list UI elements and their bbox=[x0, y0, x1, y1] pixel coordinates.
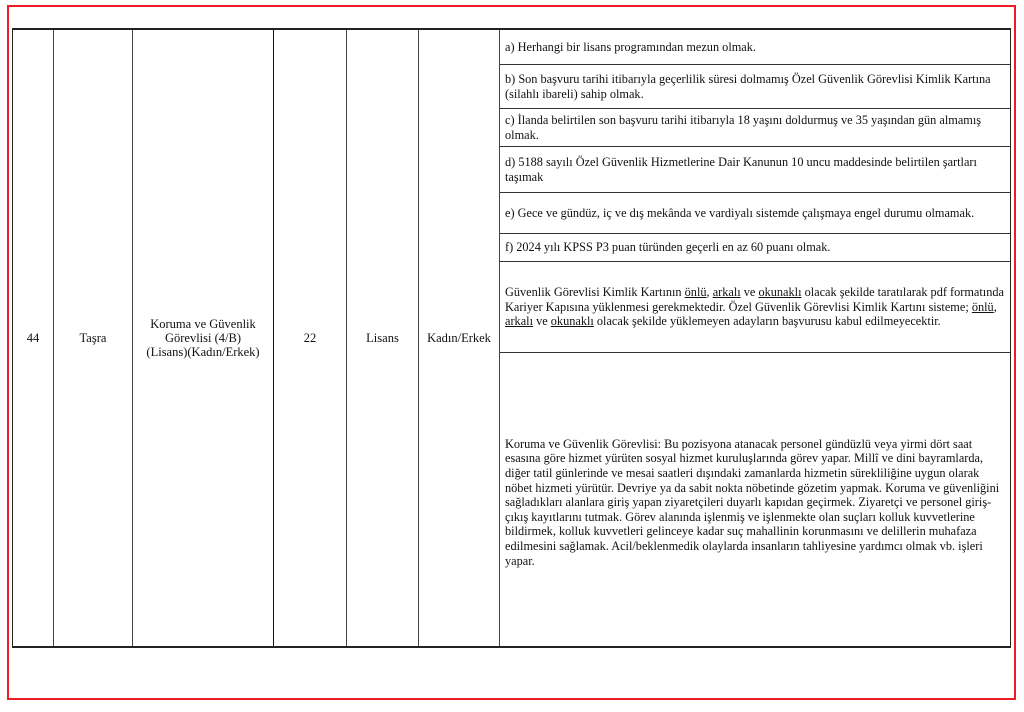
cell-quota: 22 bbox=[274, 30, 347, 646]
requirement-text: f) 2024 yılı KPSS P3 puan türünden geçer… bbox=[505, 240, 830, 255]
location: Taşra bbox=[80, 331, 107, 345]
requirement-text: b) Son başvuru tarihi itibarıyla geçerli… bbox=[505, 72, 1004, 101]
requirement-d: d) 5188 sayılı Özel Güvenlik Hizmetlerin… bbox=[500, 147, 1010, 193]
requirement-c: c) İlanda belirtilen son başvuru tarihi … bbox=[500, 109, 1010, 147]
requirement-text: e) Gece ve gündüz, iç ve dış mekânda ve … bbox=[505, 206, 974, 221]
job-posting-table: 44 Taşra Koruma ve Güvenlik Görevlisi (4… bbox=[12, 28, 1011, 648]
requirement-e: e) Gece ve gündüz, iç ve dış mekânda ve … bbox=[500, 193, 1010, 234]
requirement-f: f) 2024 yılı KPSS P3 puan türünden geçer… bbox=[500, 234, 1010, 262]
job-description-text: Koruma ve Güvenlik Görevlisi: Bu pozisyo… bbox=[505, 437, 1004, 568]
requirements-column: a) Herhangi bir lisans programından mezu… bbox=[500, 30, 1010, 646]
cell-education: Lisans bbox=[347, 30, 419, 646]
id-card-note-text: Güvenlik Görevlisi Kimlik Kartının önlü,… bbox=[505, 285, 1004, 329]
requirement-b: b) Son başvuru tarihi itibarıyla geçerli… bbox=[500, 65, 1010, 109]
quota: 22 bbox=[304, 331, 317, 345]
education: Lisans bbox=[366, 331, 399, 345]
requirement-text: a) Herhangi bir lisans programından mezu… bbox=[505, 40, 756, 55]
row-number: 44 bbox=[27, 331, 40, 345]
cell-gender: Kadın/Erkek bbox=[419, 30, 500, 646]
id-card-note: Güvenlik Görevlisi Kimlik Kartının önlü,… bbox=[500, 262, 1010, 353]
requirement-text: c) İlanda belirtilen son başvuru tarihi … bbox=[505, 113, 1004, 142]
cell-position-title: Koruma ve Güvenlik Görevlisi (4/B) (Lisa… bbox=[133, 30, 274, 646]
position-title: Koruma ve Güvenlik Görevlisi (4/B) (Lisa… bbox=[133, 317, 273, 359]
job-description: Koruma ve Güvenlik Görevlisi: Bu pozisyo… bbox=[500, 353, 1010, 646]
requirement-text: d) 5188 sayılı Özel Güvenlik Hizmetlerin… bbox=[505, 155, 1004, 184]
requirement-a: a) Herhangi bir lisans programından mezu… bbox=[500, 30, 1010, 65]
gender: Kadın/Erkek bbox=[427, 331, 491, 345]
cell-location: Taşra bbox=[54, 30, 133, 646]
cell-row-number: 44 bbox=[13, 30, 54, 646]
